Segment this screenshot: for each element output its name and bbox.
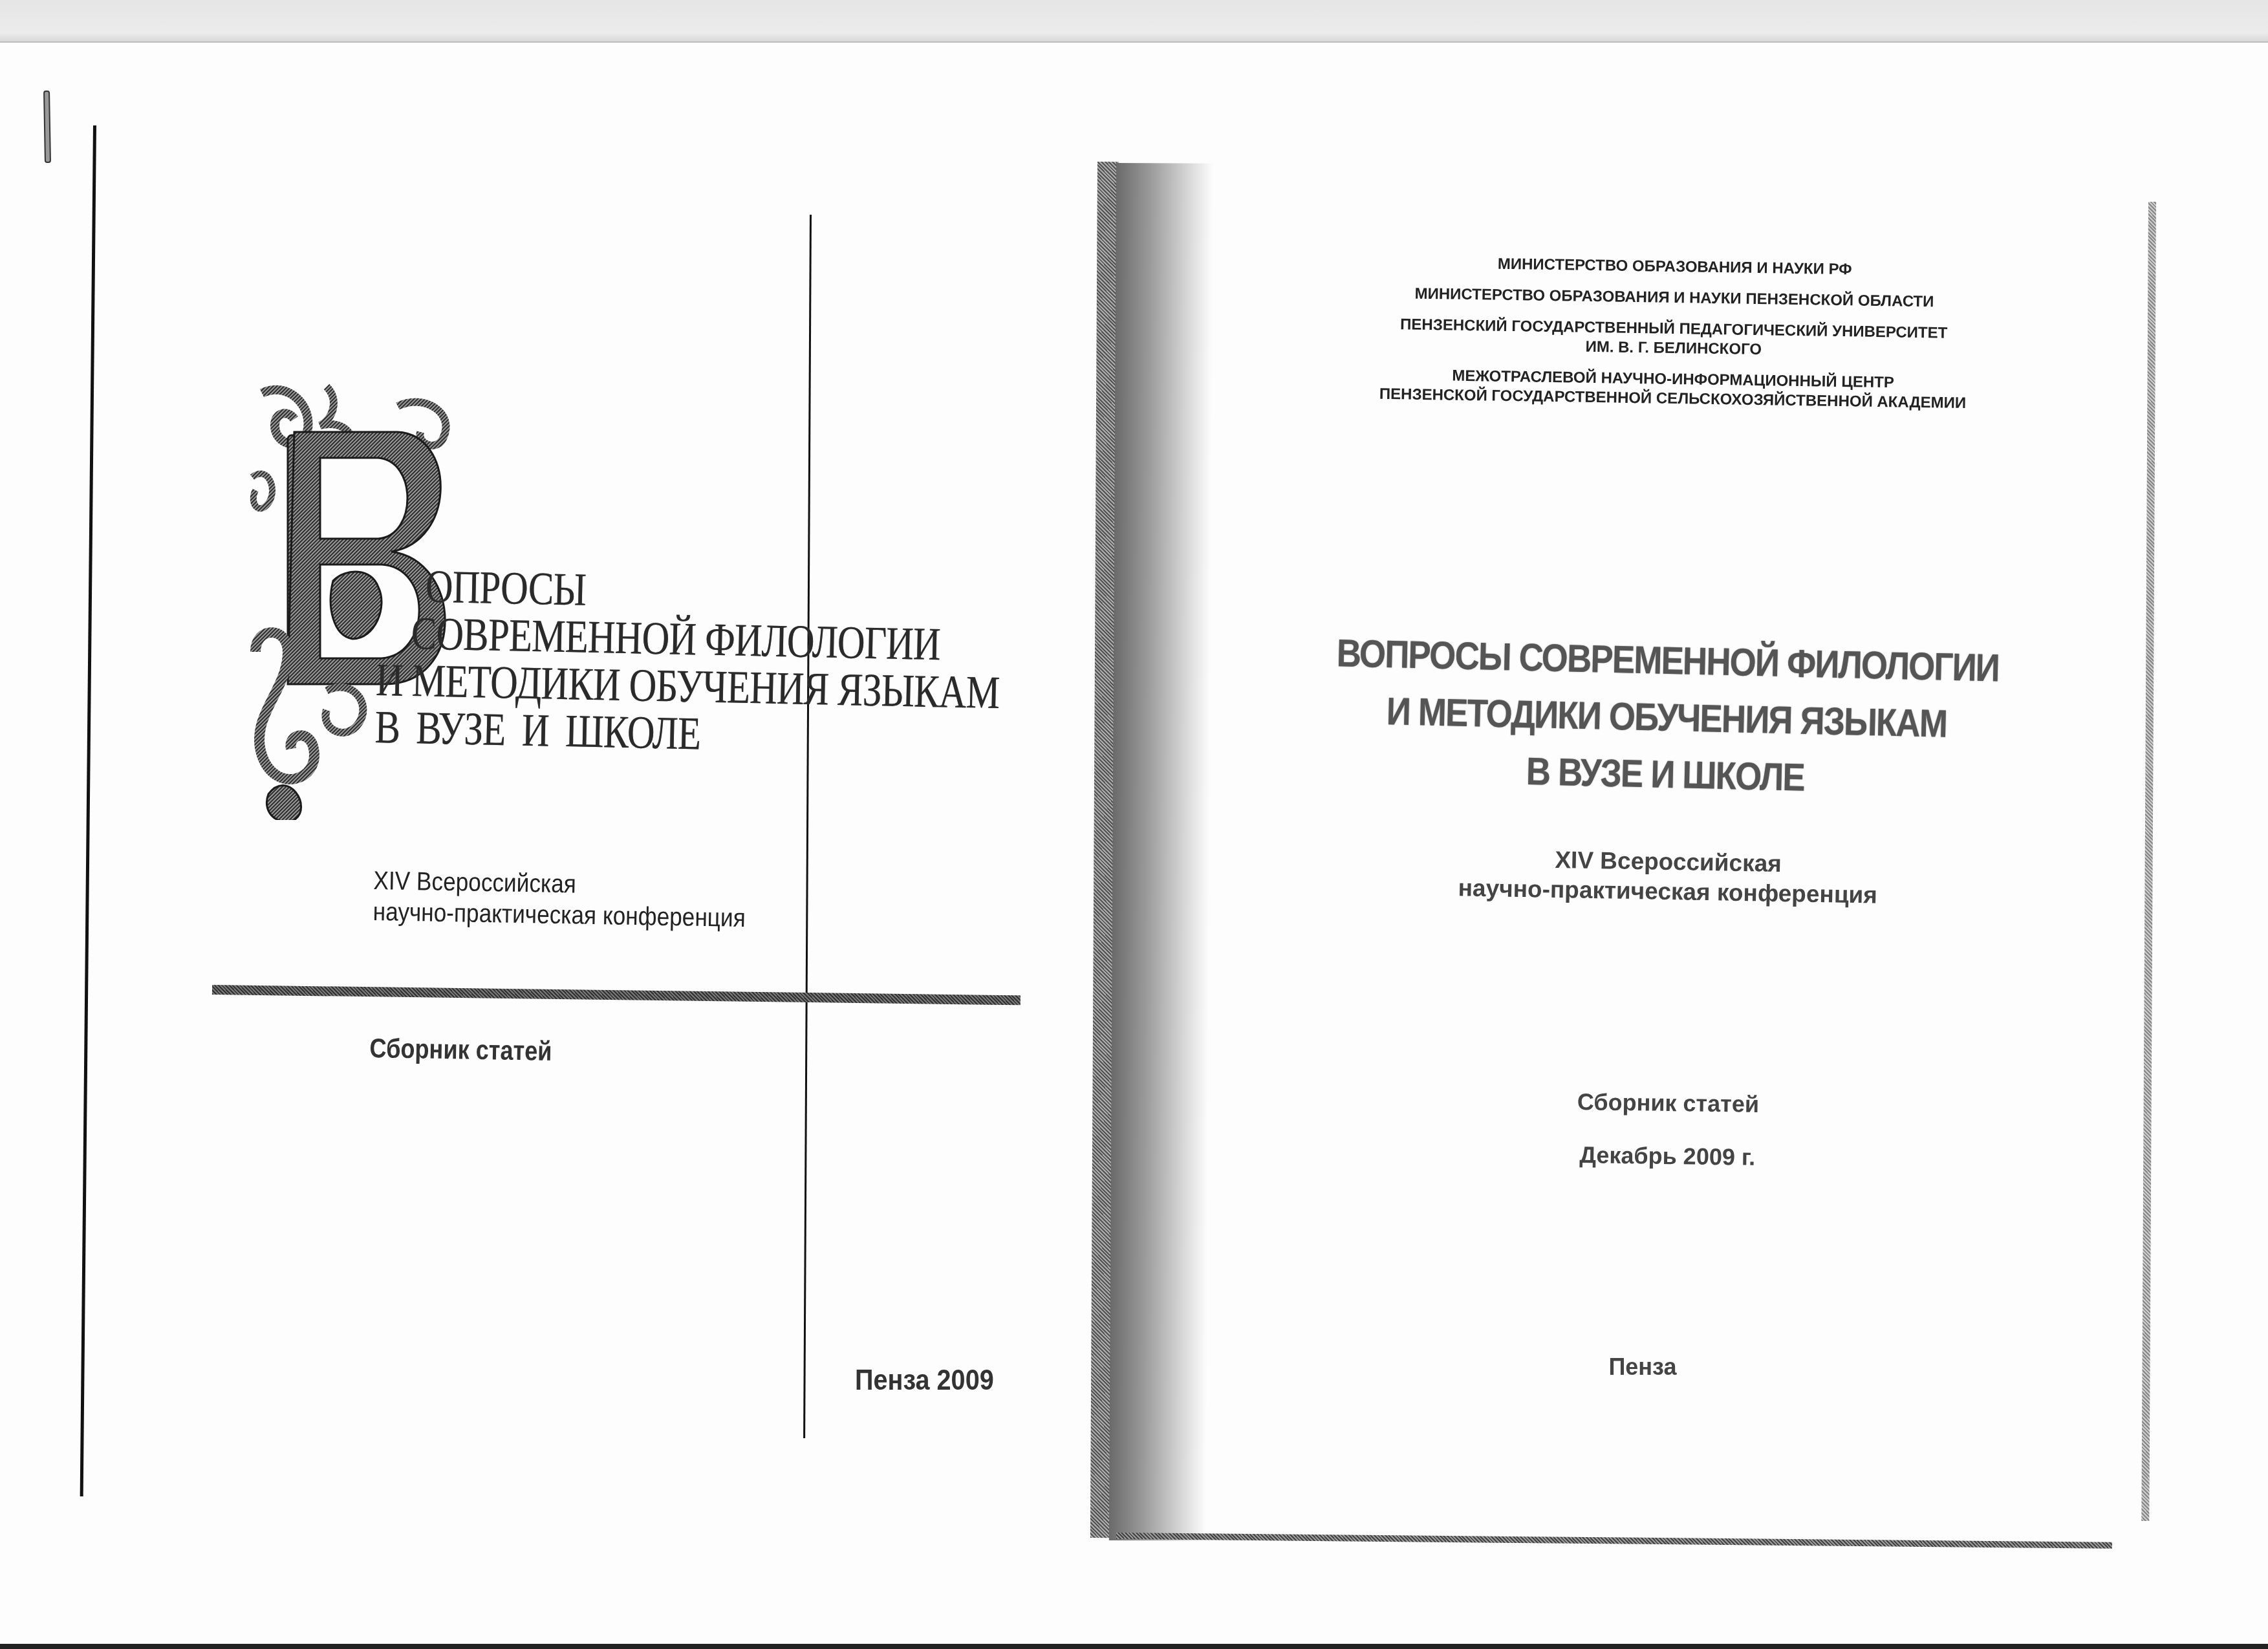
pen-mark (43, 91, 51, 163)
left-page-title: ОПРОСЫ СОВРЕМЕННОЙ ФИЛОЛОГИИ И МЕТОДИКИ … (374, 561, 1002, 763)
scanner-bottom-edge (0, 1644, 2268, 1649)
conference-line: научно-практическая конференция (373, 896, 746, 934)
collection-label: Сборник статей (1474, 1074, 1863, 1132)
right-page-collection-block: Сборник статей Декабрь 2009 г. (1473, 1074, 1863, 1185)
right-page-city: Пенза (1539, 1353, 1746, 1381)
right-page-gutter-shadow (1109, 163, 1213, 1541)
left-page-horizontal-rule (212, 985, 1021, 1005)
left-page-fold-line (803, 215, 812, 1438)
left-page-collection-label: Сборник статей (369, 1033, 552, 1067)
right-page-title: ВОПРОСЫ СОВРЕМЕННОЙ ФИЛОЛОГИИ И МЕТОДИКИ… (1323, 625, 2010, 811)
right-page-right-edge (2141, 202, 2156, 1521)
scanner-lid-edge (0, 0, 2268, 43)
left-page-city-year: Пенза 2009 (855, 1364, 994, 1397)
right-page-conference: XIV Всероссийская научно-практическая ко… (1344, 841, 1991, 912)
right-page-bottom-edge (1116, 1533, 2112, 1549)
publication-date: Декабрь 2009 г. (1473, 1127, 1862, 1185)
left-page-margin-line (80, 125, 96, 1496)
left-page-conference: XIV Всероссийская научно-практическая ко… (373, 865, 746, 934)
institutions-header: МИНИСТЕРСТВО ОБРАЗОВАНИЯ И НАУКИ РФ МИНИ… (1317, 252, 2031, 414)
